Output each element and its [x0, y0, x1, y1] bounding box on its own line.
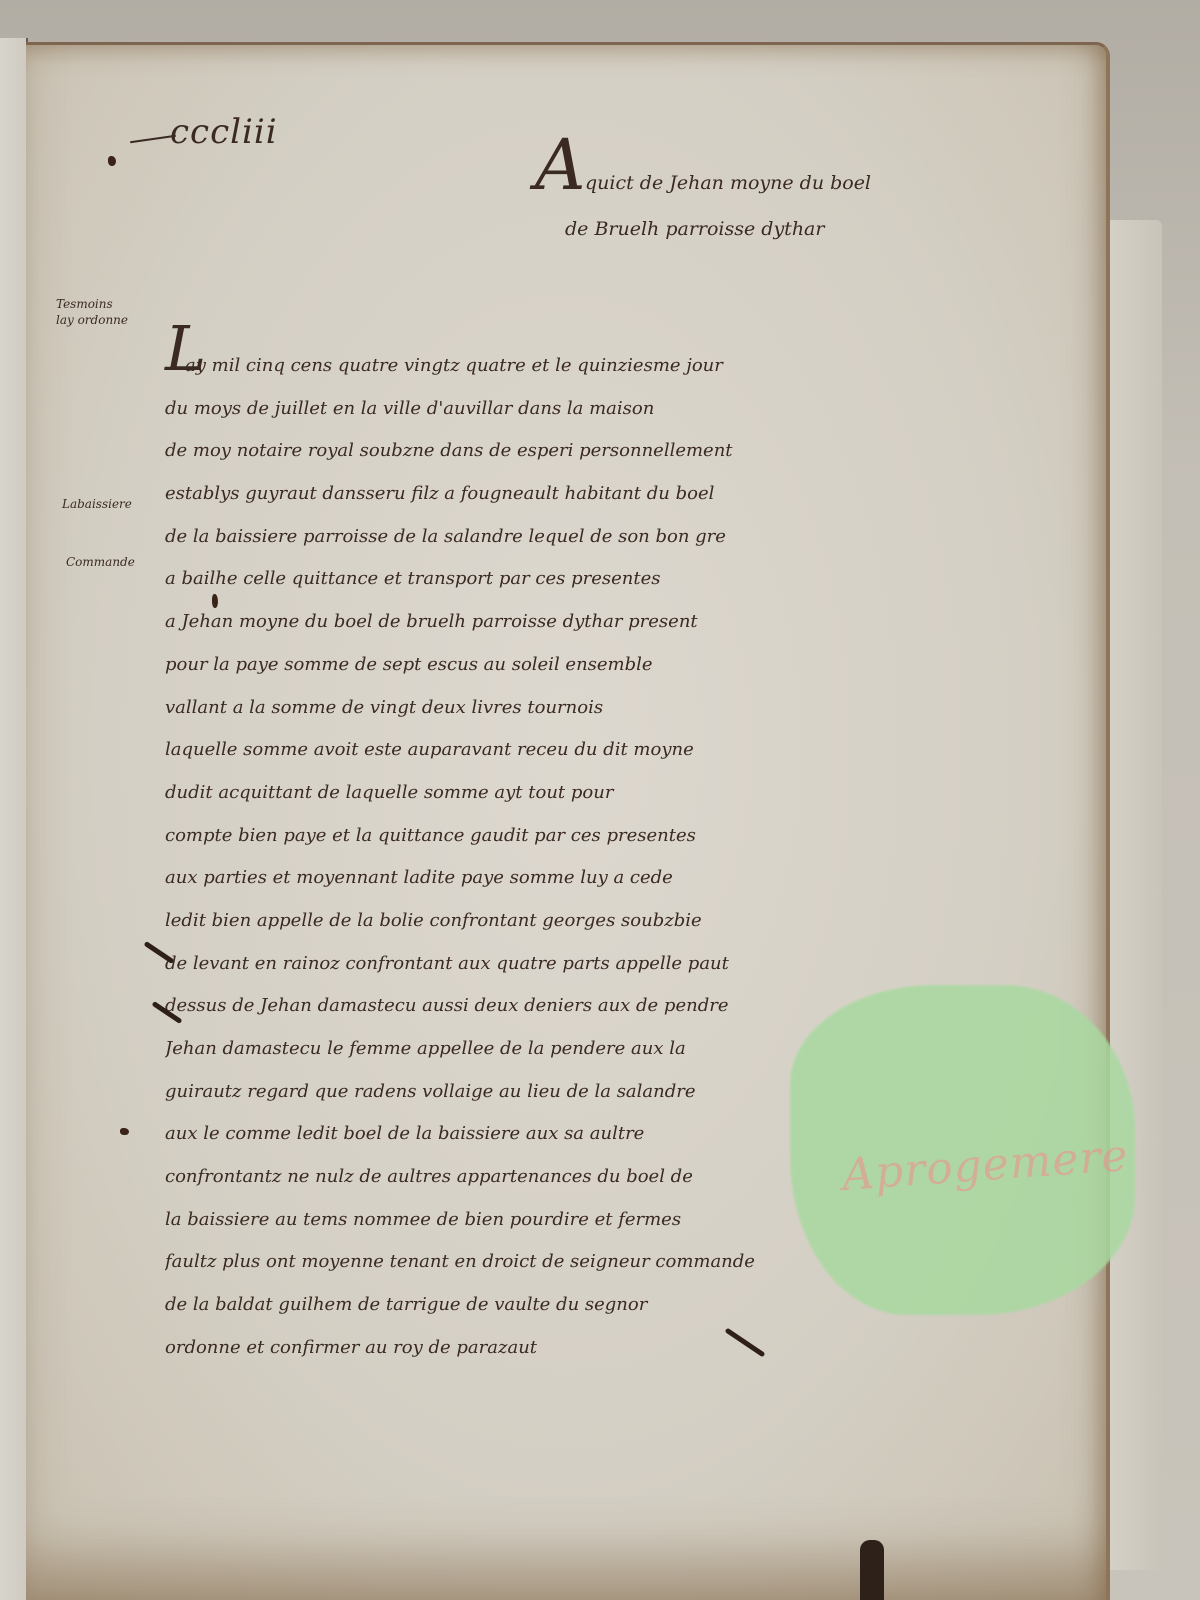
text-line: de moy notaire royal soubzne dans de esp… [165, 430, 1070, 473]
binding-strap [860, 1540, 884, 1600]
text-line: la baissiere au tems nommee de bien pour… [165, 1199, 1070, 1242]
folio-number: cccliii [170, 112, 278, 152]
heading-line-1: quict de Jehan moyne du boel [545, 160, 1015, 206]
text-line: dudit acquittant de laquelle somme ayt t… [165, 772, 1070, 815]
body-text: ay mil cinq cens quatre vingtz quatre et… [165, 345, 1070, 1370]
ink-blot [120, 1128, 129, 1135]
margin-note-witnesses: Tesmoins lay ordonne [56, 296, 128, 328]
text-line: dessus de Jehan damastecu aussi deux den… [165, 985, 1070, 1028]
text-line: a bailhe celle quittance et transport pa… [165, 558, 1070, 601]
text-line: ledit bien appelle de la bolie confronta… [165, 900, 1070, 943]
ink-blot [108, 156, 116, 166]
text-line: du moys de juillet en la ville d'auvilla… [165, 388, 1070, 431]
ink-blot [212, 594, 218, 608]
text-line: de la baissiere parroisse de la salandre… [165, 516, 1070, 559]
heading-line-2: de Bruelh parroisse dythar [545, 206, 1015, 252]
text-line: pour la paye somme de sept escus au sole… [165, 644, 1070, 687]
text-line: ay mil cinq cens quatre vingtz quatre et… [165, 345, 1070, 388]
text-line: compte bien paye et la quittance gaudit … [165, 815, 1070, 858]
text-line: aux parties et moyennant ladite paye som… [165, 857, 1070, 900]
text-line: de la baldat guilhem de tarrigue de vaul… [165, 1284, 1070, 1327]
text-line: a Jehan moyne du boel de bruelh parroiss… [165, 601, 1070, 644]
heading-initial: A [535, 130, 586, 200]
text-line: faultz plus ont moyenne tenant en droict… [165, 1241, 1070, 1284]
text-line: guirautz regard que radens vollaige au l… [165, 1071, 1070, 1114]
text-line: vallant a la somme de vingt deux livres … [165, 687, 1070, 730]
text-line: ordonne et confirmer au roy de parazaut [165, 1327, 1070, 1370]
margin-note-labaissiere: Labaissiere [62, 496, 132, 512]
margin-note-commande: Commande [66, 554, 135, 570]
text-line: laquelle somme avoit este auparavant rec… [165, 729, 1070, 772]
facing-page-edge [0, 38, 28, 1600]
text-line: Jehan damastecu le femme appellee de la … [165, 1028, 1070, 1071]
text-line: aux le comme ledit boel de la baissiere … [165, 1113, 1070, 1156]
text-line: confrontantz ne nulz de aultres apparten… [165, 1156, 1070, 1199]
text-line: de levant en rainoz confrontant aux quat… [165, 943, 1070, 986]
text-line: establys guyraut dansseru filz a fougnea… [165, 473, 1070, 516]
document-heading: A quict de Jehan moyne du boel de Bruelh… [545, 160, 1015, 252]
